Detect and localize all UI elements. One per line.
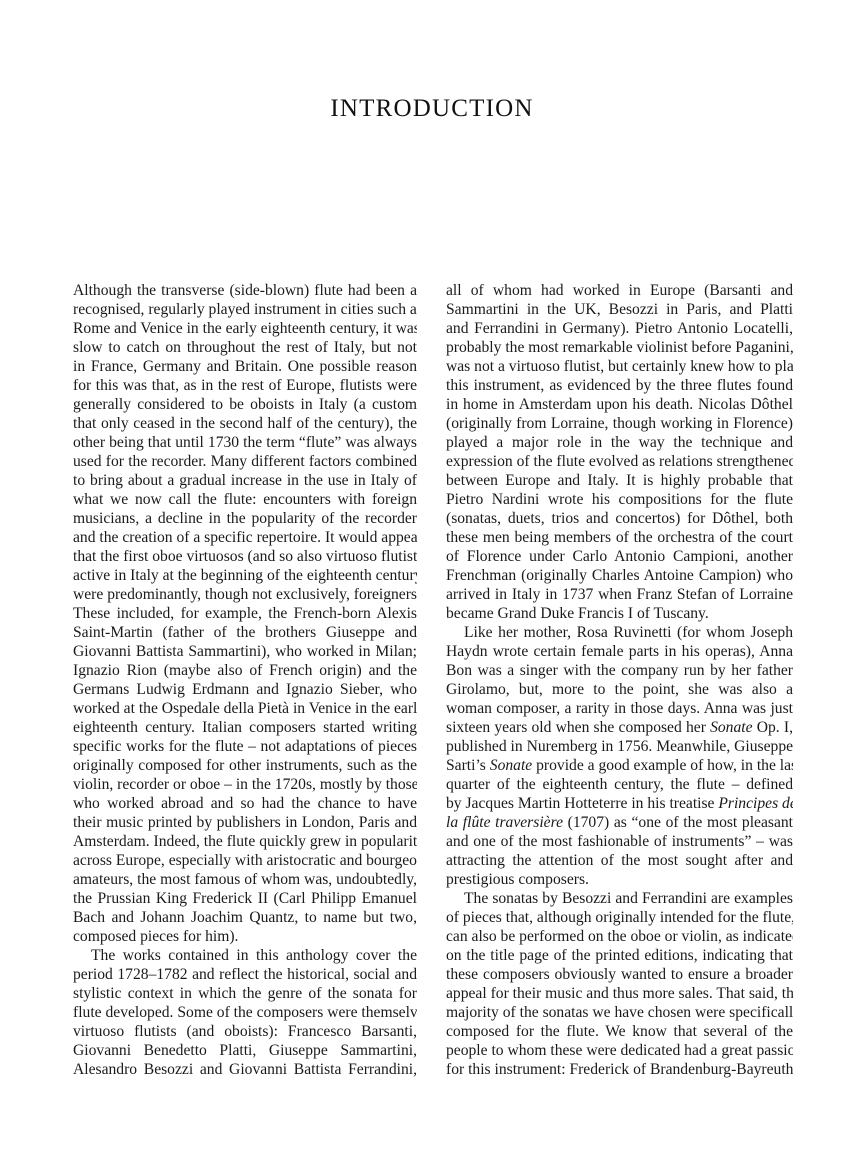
text-line: prestigious composers.	[446, 870, 793, 889]
text-line: appeal for their music and thus more sal…	[446, 984, 793, 1003]
text-line: this instrument, as evidenced by the thr…	[446, 376, 793, 395]
text-line: Rome and Venice in the early eighteenth …	[73, 319, 417, 338]
text-line: Like her mother, Rosa Ruvinetti (for who…	[446, 623, 793, 642]
text-line: Sarti’s Sonate provide a good example of…	[446, 756, 793, 775]
text-line: flute developed. Some of the composers w…	[73, 1003, 417, 1022]
text-line: Giovanni Benedetto Platti, Giuseppe Samm…	[73, 1041, 417, 1060]
text-line: that only ceased in the second half of t…	[73, 414, 417, 433]
text-line: worked at the Ospedale della Pietà in Ve…	[73, 699, 417, 718]
text-line: these men being members of the orchestra…	[446, 528, 793, 547]
text-line: recognised, regularly played instrument …	[73, 300, 417, 319]
text-line: published in Nuremberg in 1756. Meanwhil…	[446, 737, 793, 756]
text-line: Germans Ludwig Erdmann and Ignazio Siebe…	[73, 680, 417, 699]
text-line: became Grand Duke Francis I of Tuscany.	[446, 604, 793, 623]
text-line: amateurs, the most famous of whom was, u…	[73, 870, 417, 889]
text-line: probably the most remarkable violinist b…	[446, 338, 793, 357]
text-line: Girolamo, but, more to the point, she wa…	[446, 680, 793, 699]
text-line: these composers obviously wanted to ensu…	[446, 965, 793, 984]
text-line: and one of the most fashionable of instr…	[446, 832, 793, 851]
text-line: specific works for the flute – not adapt…	[73, 737, 417, 756]
text-line: composed for the flute. We know that sev…	[446, 1022, 793, 1041]
text-line: their music printed by publishers in Lon…	[73, 813, 417, 832]
text-line: by Jacques Martin Hotteterre in his trea…	[446, 794, 793, 813]
text-line: between Europe and Italy. It is highly p…	[446, 471, 793, 490]
text-line: what we now call the flute: encounters w…	[73, 490, 417, 509]
text-line: The sonatas by Besozzi and Ferrandini ar…	[446, 889, 793, 908]
text-line: the Prussian King Frederick II (Carl Phi…	[73, 889, 417, 908]
text-line: Bach and Johann Joachim Quantz, to name …	[73, 908, 417, 927]
text-line: quarter of the eighteenth century, the f…	[446, 775, 793, 794]
text-line: other being that until 1730 the term “fl…	[73, 433, 417, 452]
text-line: originally composed for other instrument…	[73, 756, 417, 775]
text-line: across Europe, especially with aristocra…	[73, 851, 417, 870]
right-text-column: all of whom had worked in Europe (Barsan…	[446, 281, 793, 1079]
text-line: These included, for example, the French-…	[73, 604, 417, 623]
document-page: INTRODUCTION Although the transverse (si…	[0, 0, 864, 1152]
text-line: of pieces that, although originally inte…	[446, 908, 793, 927]
text-line: used for the recorder. Many different fa…	[73, 452, 417, 471]
text-line: expression of the flute evolved as relat…	[446, 452, 793, 471]
text-line: composed pieces for him).	[73, 927, 417, 946]
left-text-column: Although the transverse (side-blown) flu…	[73, 281, 417, 1079]
text-line: Giovanni Battista Sammartini), who worke…	[73, 642, 417, 661]
text-line: violin, recorder or oboe – in the 1720s,…	[73, 775, 417, 794]
text-line: people to whom these were dedicated had …	[446, 1041, 793, 1060]
text-line: all of whom had worked in Europe (Barsan…	[446, 281, 793, 300]
text-line: on the title page of the printed edition…	[446, 946, 793, 965]
text-line: la flûte traversière (1707) as “one of t…	[446, 813, 793, 832]
text-line: musicians, a decline in the popularity o…	[73, 509, 417, 528]
text-line: majority of the sonatas we have chosen w…	[446, 1003, 793, 1022]
text-line: for this was that, as in the rest of Eur…	[73, 376, 417, 395]
text-line: in home in Amsterdam upon his death. Nic…	[446, 395, 793, 414]
text-line: to bring about a gradual increase in the…	[73, 471, 417, 490]
page-title: INTRODUCTION	[0, 95, 864, 123]
text-line: stylistic context in which the genre of …	[73, 984, 417, 1003]
italic-title: la flûte traversière	[446, 814, 563, 831]
text-line: and the creation of a specific repertoir…	[73, 528, 417, 547]
text-line: Haydn wrote certain female parts in his …	[446, 642, 793, 661]
text-line: Frenchman (originally Charles Antoine Ca…	[446, 566, 793, 585]
text-line: that the first oboe virtuosos (and so al…	[73, 547, 417, 566]
text-line: virtuoso flutists (and oboists): Frances…	[73, 1022, 417, 1041]
italic-title: Principes de	[718, 795, 793, 812]
text-line: sixteen years old when she composed her …	[446, 718, 793, 737]
text-line: was not a virtuoso flutist, but certainl…	[446, 357, 793, 376]
text-line: Bon was a singer with the company run by…	[446, 661, 793, 680]
text-line: generally considered to be oboists in It…	[73, 395, 417, 414]
text-line: Alesandro Besozzi and Giovanni Battista …	[73, 1060, 417, 1079]
italic-title: Sonate	[490, 757, 532, 774]
text-line: (originally from Lorraine, though workin…	[446, 414, 793, 433]
text-line: eighteenth century. Italian composers st…	[73, 718, 417, 737]
text-line: played a major role in the way the techn…	[446, 433, 793, 452]
text-line: Although the transverse (side-blown) flu…	[73, 281, 417, 300]
text-line: active in Italy at the beginning of the …	[73, 566, 417, 585]
text-line: (sonatas, duets, trios and concertos) fo…	[446, 509, 793, 528]
text-line: Saint-Martin (father of the brothers Giu…	[73, 623, 417, 642]
text-line: and Ferrandini in Germany). Pietro Anton…	[446, 319, 793, 338]
text-line: of Florence under Carlo Antonio Campioni…	[446, 547, 793, 566]
text-line: slow to catch on throughout the rest of …	[73, 338, 417, 357]
text-line: woman composer, a rarity in those days. …	[446, 699, 793, 718]
text-line: attracting the attention of the most sou…	[446, 851, 793, 870]
text-line: period 1728–1782 and reflect the histori…	[73, 965, 417, 984]
text-line: Sammartini in the UK, Besozzi in Paris, …	[446, 300, 793, 319]
text-line: The works contained in this anthology co…	[73, 946, 417, 965]
text-line: in France, Germany and Britain. One poss…	[73, 357, 417, 376]
text-line: who worked abroad and so had the chance …	[73, 794, 417, 813]
text-line: can also be performed on the oboe or vio…	[446, 927, 793, 946]
text-line: were predominantly, though not exclusive…	[73, 585, 417, 604]
text-line: arrived in Italy in 1737 when Franz Stef…	[446, 585, 793, 604]
text-line: for this instrument: Frederick of Brande…	[446, 1060, 793, 1079]
text-line: Pietro Nardini wrote his compositions fo…	[446, 490, 793, 509]
text-line: Amsterdam. Indeed, the flute quickly gre…	[73, 832, 417, 851]
text-line: Ignazio Rion (maybe also of French origi…	[73, 661, 417, 680]
italic-title: Sonate	[710, 719, 752, 736]
